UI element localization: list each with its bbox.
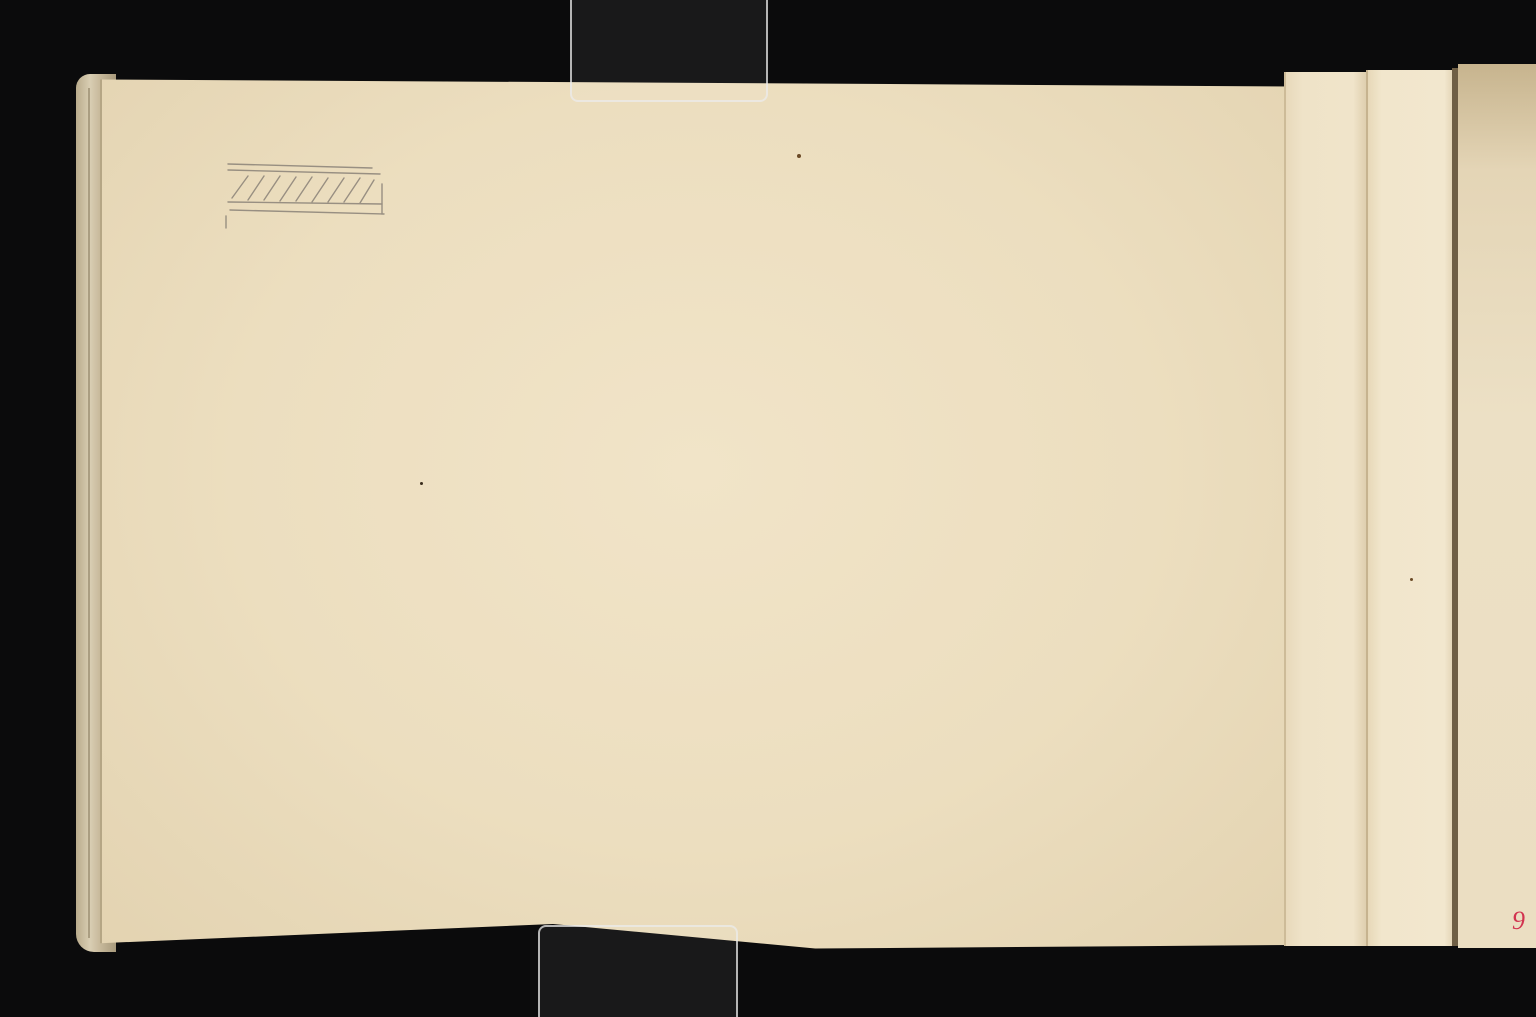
- acrylic-page-clip-bottom: [538, 925, 738, 1017]
- paper-speck: [420, 482, 423, 485]
- page-stub-strip: [1366, 70, 1458, 946]
- sketchbook-scene: 9: [0, 0, 1536, 1017]
- page-stub-strip: [1284, 72, 1370, 946]
- folio-number: 9: [1512, 908, 1525, 934]
- paper-speck: [1410, 578, 1413, 581]
- paper-speck: [797, 154, 801, 158]
- acrylic-page-clip-top: [570, 0, 768, 102]
- facing-page-edge: [1458, 64, 1536, 948]
- pencil-sketch-hatched-band: [222, 158, 392, 238]
